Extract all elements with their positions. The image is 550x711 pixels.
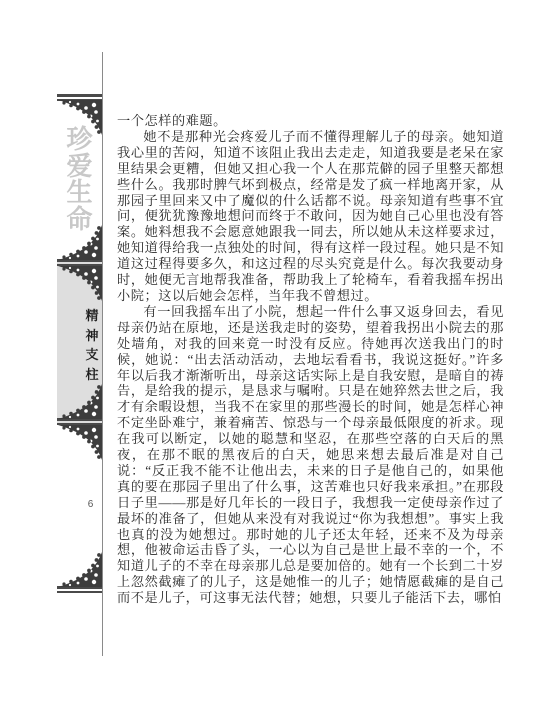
lace-corner-icon (58, 425, 102, 460)
paragraph: 她不是那种光会疼爱儿子而不懂得理解儿子的母亲。她知道我心里的苦闷，知道不该阻止我… (117, 129, 504, 304)
section-char: 神 (85, 326, 99, 346)
series-char: 生 (57, 180, 102, 207)
page-number: 6 (84, 499, 97, 510)
paragraph-continuation: 一个怎样的难题。 (117, 113, 504, 129)
sidebar-rule-upper-middle (57, 259, 102, 266)
lace-corner-icon (58, 552, 102, 587)
section-char: 支 (85, 345, 99, 365)
section-char: 柱 (85, 365, 99, 385)
lace-corner-icon (58, 384, 102, 419)
body-text: 一个怎样的难题。 她不是那种光会疼爱儿子而不懂得理解儿子的母亲。她知道我心里的苦… (117, 113, 504, 606)
series-title-watermark: 珍 爱 生 命 (57, 127, 102, 233)
sidebar-vertical-rule (102, 52, 103, 656)
paragraph: 有一回我摇车出了小院，想起一件什么事又返身回去，看见母亲仍站在原地，还是送我走时… (117, 304, 504, 606)
lace-corner-icon (58, 266, 102, 301)
section-char: 精 (85, 306, 99, 326)
sidebar-rule-bottom (57, 586, 102, 593)
series-char: 珍 (57, 127, 102, 154)
series-char: 命 (57, 207, 102, 234)
sidebar-rule-lower-middle (57, 418, 102, 425)
section-title: 精 神 支 柱 (85, 306, 99, 384)
book-page: 珍 爱 生 命 精 神 支 柱 6 一个怎样的难题。 她不是那种光会疼爱儿子而不… (0, 0, 550, 711)
series-char: 爱 (57, 154, 102, 181)
